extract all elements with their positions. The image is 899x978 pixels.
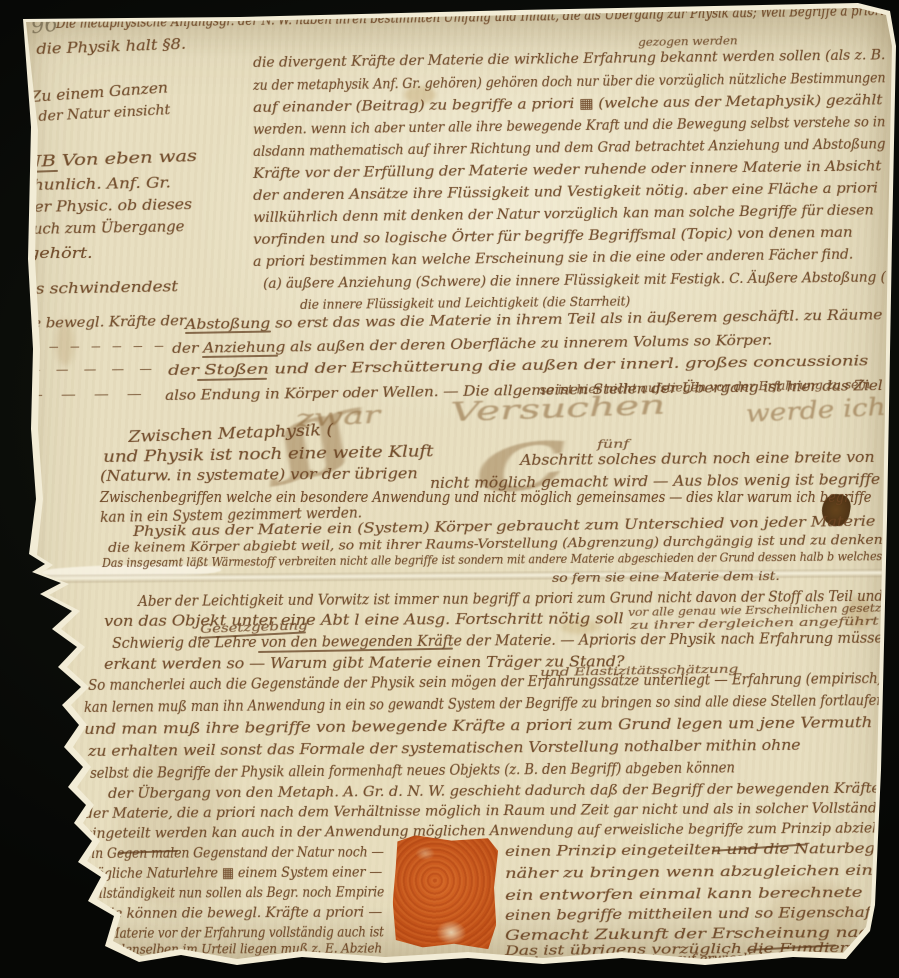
manuscript-line: so fern sie eine Materie dem ist.	[552, 569, 780, 585]
manuscript-line: auf einander (Beitrag) zu begriffe a pri…	[253, 92, 882, 116]
manuscript-line: zu der metaphysik Anf. Gr. gehören) gehö…	[253, 70, 886, 94]
manuscript-line: die divergent Kräfte der Materie die wir…	[253, 47, 885, 71]
manuscript-line: a priori bestimmen kan welche Erscheinun…	[253, 247, 853, 270]
manuscript-line: — — — —	[28, 387, 149, 403]
manuscript-line: mögliche Naturlehre ▦ einem System einer…	[84, 864, 382, 882]
manuscript-line: willkührlich denn mit denken der Natur v…	[253, 202, 874, 226]
manuscript-line: von das Objekt unter eine Abt l eine Aus…	[104, 609, 624, 630]
manuscript-line: eingeteilt werden kan auch in der Anwend…	[84, 820, 882, 842]
manuscript-line: Abstoßung so erst das was die Materie in…	[185, 307, 882, 333]
manuscript-line: (Naturw. in systemate) vor der übrigen	[100, 464, 418, 485]
manuscript-line: die bewegl. Kräfte der	[18, 313, 186, 332]
manuscript-line: der Übergang von den Metaph. A. Gr. d. N…	[108, 781, 880, 802]
manuscript-line: die Physik halt §8.	[36, 35, 186, 58]
manuscript-line: selbst die Begriffe der Physik allein fo…	[90, 758, 735, 782]
manuscript-line: näher zu bringen wenn abzugleichen ein	[505, 863, 873, 882]
manuscript-line: Kräfte vor der Erfüllung der Materie wed…	[253, 158, 881, 182]
manuscript-line: kan lernen muß man ihn Anwendung in ein …	[84, 691, 885, 716]
underline-stroke	[202, 355, 278, 358]
manuscript-line: vorfinden und so logische Örter für begr…	[253, 225, 853, 248]
manuscript-line: NB Von eben was	[24, 146, 197, 171]
manuscript-line: (a) äußere Anziehung (Schwere) die inner…	[263, 269, 886, 292]
manuscript-line: thunlich. Anf. Gr.	[26, 173, 171, 194]
manuscript-line: fünf	[597, 437, 629, 451]
photograph-background: 96 Die metaphysische Anfangsgr. der N. W…	[0, 0, 899, 978]
manuscript-line: werden. wenn ich aber unter alle ihre be…	[253, 114, 885, 138]
manuscript-line: der Materie, die a priori nach dem Verhä…	[84, 800, 881, 822]
manuscript-line: alsdann mathematisch auf ihrer Richtung …	[253, 136, 886, 160]
manuscript-line: der Natur einsicht	[38, 102, 171, 125]
manuscript-line: zu erhalten weil sonst das Formale der s…	[88, 736, 801, 760]
underline-stroke	[185, 330, 271, 334]
manuscript-line: gezogen werden	[638, 34, 738, 49]
manuscript-line: So mancherlei auch die Gegenstände der P…	[88, 669, 883, 694]
manuscript-line: der Materie vor der Erfahrung vollständi…	[84, 924, 384, 942]
manuscript-line: Versuchen	[450, 391, 666, 428]
manuscript-line: auch zum Übergange	[24, 217, 184, 238]
manuscript-line: Wie können die bewegl. Kräfte a priori —	[96, 905, 382, 922]
manuscript-line: Vollständigkeit nun sollen als Begr. noc…	[84, 884, 384, 902]
handwriting-layer: 96 Die metaphysische Anfangsgr. der N. W…	[0, 0, 899, 978]
manuscript-line: gehört.	[28, 244, 93, 262]
manuscript-line: Zwischenbegriffen welche ein besondere A…	[100, 488, 871, 506]
manuscript-line: einen begriffe mittheilen und so Eigensc…	[505, 905, 877, 924]
manuscript-line: und man muß ihre begriffe von bewegende …	[84, 713, 872, 738]
page-number: 96	[30, 12, 59, 39]
manuscript-line: — — — — —	[28, 362, 158, 378]
manuscript-line: einen Prinzip eingeteilten und die Natur…	[505, 841, 886, 860]
underline-stroke	[197, 378, 267, 381]
manuscript-line: Abschritt solches durch noch eine breite…	[520, 448, 875, 469]
manuscript-line: als schwindendest	[20, 277, 178, 298]
manuscript-line: die innere Flüssigkeit und Leichtigkeit …	[300, 295, 630, 313]
manuscript-line: der anderen Ansätze ihre Flüssigkeit und…	[253, 180, 878, 204]
manuscript-line: der Anziehung als außen der deren Oberfl…	[172, 333, 772, 357]
manuscript-line: Zu einem Ganzen	[30, 78, 168, 106]
manuscript-line: — — — — — — —	[28, 339, 168, 355]
manuscript-line: der Stoßen und der Erschütterung die auß…	[168, 353, 868, 379]
manuscript-line: der Physic. ob dieses	[24, 195, 192, 216]
manuscript-line: werde ich	[745, 393, 886, 428]
manuscript-line: ein entworfen einmal kann berechnete	[505, 885, 862, 904]
